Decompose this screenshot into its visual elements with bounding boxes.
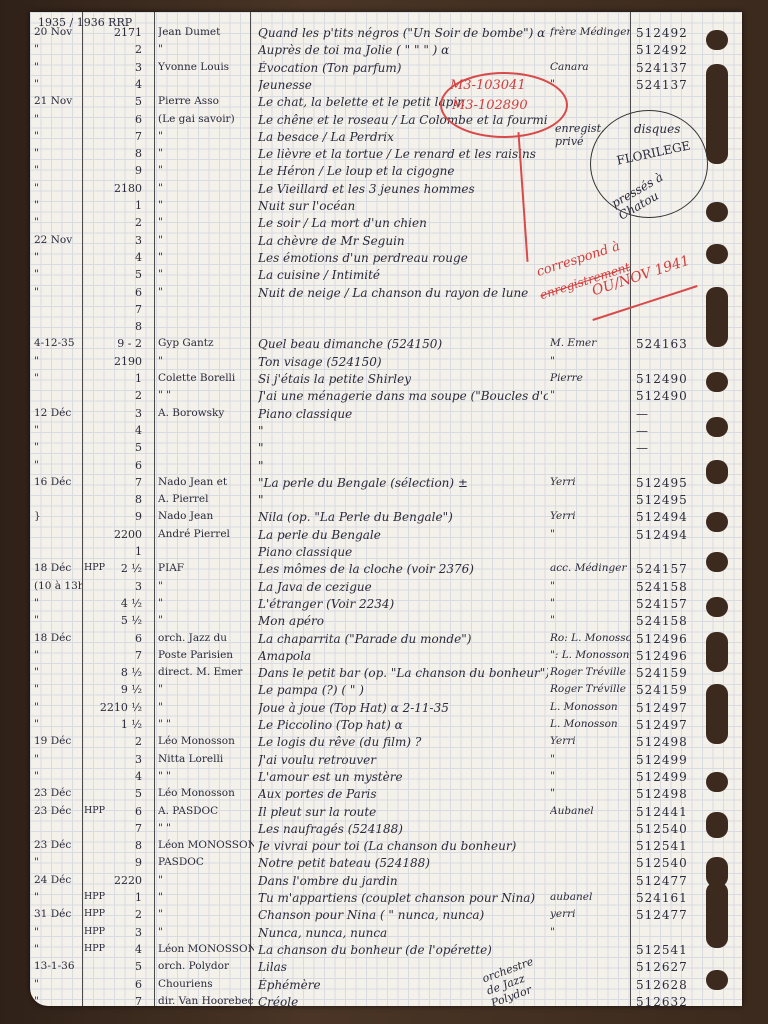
row-catalog-number: 512540 [636, 822, 702, 836]
row-note: " [550, 614, 630, 626]
ledger-row: "2"Auprès de toi ma Jolie ( " " " ) α512… [30, 41, 742, 60]
row-catalog-number: 524158 [636, 580, 702, 594]
row-artist: Léon MONOSSON [158, 943, 254, 955]
row-note: " [550, 580, 630, 592]
row-date: " [34, 355, 82, 367]
row-artist: " [158, 874, 254, 886]
ledger-row: "HPP4Léon MONOSSONLa chanson du bonheur … [30, 941, 742, 960]
row-artist: " [158, 286, 254, 298]
row-matrix: 7 [86, 822, 142, 835]
row-date: " [34, 199, 82, 211]
row-note: L. Monosson [550, 701, 630, 713]
row-note: " [550, 787, 630, 799]
row-date: " [34, 182, 82, 194]
row-note: Aubanel [550, 805, 630, 817]
row-date: 19 Déc [34, 735, 82, 747]
row-date: 12 Déc [34, 407, 82, 419]
row-note: ": L. Monosson [550, 649, 630, 661]
ledger-row: "4"Les émotions d'un perdreau rouge [30, 249, 742, 268]
ledger-row: "7dir. Van HoorebeckeCréole512632 [30, 993, 742, 1012]
row-matrix: 3 [86, 926, 142, 939]
row-matrix: 2 [86, 908, 142, 921]
row-date: " [34, 459, 82, 471]
ledger-row: 31 DécHPP2"Chanson pour Nina ( " nunca, … [30, 906, 742, 925]
row-title: Aux portes de Paris [258, 787, 548, 801]
row-artist: A. Pierrel [158, 493, 254, 505]
row-matrix: 1 [86, 891, 142, 904]
row-title: Les mômes de la cloche (voir 2376) [258, 562, 548, 576]
row-date: " [34, 683, 82, 695]
row-date: " [34, 78, 82, 90]
ledger-row: 2200André PierrelLa perle du Bengale"512… [30, 526, 742, 545]
ledger-row: 8 [30, 318, 742, 337]
row-matrix: 2220 [86, 874, 142, 887]
row-artist: " [158, 891, 254, 903]
row-artist: " [158, 926, 254, 938]
row-catalog-number: 524137 [636, 61, 702, 75]
row-matrix: 8 ½ [86, 666, 142, 679]
row-catalog-number: 512494 [636, 528, 702, 542]
row-date: 18 Déc [34, 632, 82, 644]
row-date: " [34, 978, 82, 990]
row-title: L'étranger (Voir 2234) [258, 597, 548, 611]
row-note: aubanel [550, 891, 630, 903]
row-title: La cuisine / Intimité [258, 268, 548, 282]
row-catalog-number: 512497 [636, 718, 702, 732]
row-catalog-number: 512492 [636, 43, 702, 57]
row-catalog-number: 512498 [636, 735, 702, 749]
row-catalog-number: 512496 [636, 649, 702, 663]
row-title: " [258, 441, 548, 455]
ledger-row: "2190"Ton visage (524150)" [30, 353, 742, 372]
row-catalog-number: 524163 [636, 337, 702, 351]
ledger-row: 12 Déc3A. BorowskyPiano classique— [30, 405, 742, 424]
row-artist: " " [158, 770, 254, 782]
ledger-row: 7 [30, 301, 742, 320]
row-artist: " " [158, 389, 254, 401]
ledger-row: "2210 ½"Joue à joue (Top Hat) α 2-11-35L… [30, 699, 742, 718]
ledger-row: 16 Déc7Nado Jean et"La perle du Bengale … [30, 474, 742, 493]
row-title: Nila (op. "La Perle du Bengale") [258, 510, 548, 524]
row-date: 13-1-36 [34, 960, 82, 972]
row-title: L'amour est un mystère [258, 770, 548, 784]
row-matrix: 8 [86, 839, 142, 852]
row-title: Le lièvre et la tortue / Le renard et le… [258, 147, 548, 161]
ledger-row: 20 Nov2171Jean DumetQuand les p'tits nég… [30, 24, 742, 43]
row-catalog-number: — [636, 441, 702, 455]
row-matrix: 4 [86, 770, 142, 783]
row-title: Il pleut sur la route [258, 805, 548, 819]
ledger-row: "5"— [30, 439, 742, 458]
row-artist: Nitta Lorelli [158, 753, 254, 765]
row-matrix: 3 [86, 580, 142, 593]
row-note: M. Emer [550, 337, 630, 349]
row-catalog-number: 524157 [636, 597, 702, 611]
ledger-row: 23 DécHPP6A. PASDOCIl pleut sur la route… [30, 803, 742, 822]
row-title: Amapola [258, 649, 548, 663]
row-catalog-number: 524157 [636, 562, 702, 576]
row-note: " [550, 753, 630, 765]
row-artist: " [158, 164, 254, 176]
row-artist: " [158, 182, 254, 194]
row-date: " [34, 995, 82, 1007]
row-matrix: 1 [86, 545, 142, 558]
row-matrix: 6 [86, 805, 142, 818]
ledger-row: 2" "J'ai une ménagerie dans ma soupe ("B… [30, 387, 742, 406]
red-matrix-2: M3-102890 [452, 98, 528, 113]
ledger-row: 18 Déc6orch. Jazz duLa chaparrita ("Para… [30, 630, 742, 649]
row-matrix: 2190 [86, 355, 142, 368]
row-title: Nunca, nunca, nunca [258, 926, 548, 940]
row-matrix: 8 [86, 493, 142, 506]
row-title: Tu m'appartiens (couplet chanson pour Ni… [258, 891, 548, 905]
row-artist: " [158, 268, 254, 280]
row-title: Si j'étais la petite Shirley [258, 372, 548, 386]
ledger-row: "4" "L'amour est un mystère"512499 [30, 768, 742, 787]
row-date: " [34, 718, 82, 730]
row-date: 23 Déc [34, 839, 82, 851]
row-title: Les naufragés (524188) [258, 822, 548, 836]
row-note: " [550, 926, 630, 938]
row-matrix: 1 ½ [86, 718, 142, 731]
row-date: 24 Déc [34, 874, 82, 886]
ledger-row: "HPP1"Tu m'appartiens (couplet chanson p… [30, 889, 742, 908]
row-note: Pierre [550, 372, 630, 384]
row-matrix: 9 [86, 510, 142, 523]
row-matrix: 7 [86, 130, 142, 143]
row-matrix: 2180 [86, 182, 142, 195]
ledger-row: "9PASDOCNotre petit bateau (524188)51254… [30, 854, 742, 873]
row-catalog-number: 512494 [636, 510, 702, 524]
row-artist: Jean Dumet [158, 26, 254, 38]
row-title: " [258, 424, 548, 438]
row-date: " [34, 891, 82, 903]
row-matrix: 9 - 2 [86, 337, 142, 350]
ledger-row: "1Colette BorelliSi j'étais la petite Sh… [30, 370, 742, 389]
row-title: La Java de cezigue [258, 580, 548, 594]
row-title: Le pampa (?) ( " ) [258, 683, 548, 697]
row-catalog-number: 512495 [636, 476, 702, 490]
row-title: Dans l'ombre du jardin [258, 874, 548, 888]
row-catalog-number: 512495 [636, 493, 702, 507]
row-date: 16 Déc [34, 476, 82, 488]
row-artist: " [158, 701, 254, 713]
row-title: Les émotions d'un perdreau rouge [258, 251, 548, 265]
row-artist: " [158, 216, 254, 228]
row-matrix: 2171 [86, 26, 142, 39]
row-matrix: 2210 ½ [86, 701, 142, 714]
row-matrix: 5 ½ [86, 614, 142, 627]
row-catalog-number: 512540 [636, 856, 702, 870]
row-note: " [550, 528, 630, 540]
row-title: "La perle du Bengale (sélection) ± [258, 476, 548, 490]
row-title: Ton visage (524150) [258, 355, 548, 369]
row-note: " [550, 78, 630, 90]
row-title: Je vivrai pour toi (La chanson du bonheu… [258, 839, 548, 853]
ledger-row: 24 Déc2220"Dans l'ombre du jardin512477 [30, 872, 742, 891]
row-matrix: 5 [86, 960, 142, 973]
row-title: Le soir / La mort d'un chien [258, 216, 548, 230]
row-matrix: 6 [86, 286, 142, 299]
row-date: " [34, 614, 82, 626]
row-catalog-number: 512441 [636, 805, 702, 819]
row-date: 4-12-35 [34, 337, 82, 349]
row-note: " [550, 597, 630, 609]
row-catalog-number: 524158 [636, 614, 702, 628]
ledger-row: "9 ½"Le pampa (?) ( " )Roger Tréville524… [30, 681, 742, 700]
row-date: 31 Déc [34, 908, 82, 920]
row-date: " [34, 770, 82, 782]
row-artist: " [158, 614, 254, 626]
row-title: La chaparrita ("Parade du monde") [258, 632, 548, 646]
row-note: Yerri [550, 476, 630, 488]
row-title: Le logis du rêve (du film) ? [258, 735, 548, 749]
row-title: La perle du Bengale [258, 528, 548, 542]
row-note: Ro: L. Monosson [550, 632, 630, 644]
ledger-row: "4Jeunesse"524137 [30, 76, 742, 95]
row-note: Yerri [550, 735, 630, 747]
row-artist: (Le gai savoir) [158, 113, 254, 125]
row-artist: " [158, 43, 254, 55]
row-matrix: 5 [86, 441, 142, 454]
row-title: " [258, 459, 548, 473]
row-date: " [34, 61, 82, 73]
row-artist: PASDOC [158, 856, 254, 868]
row-artist: Léo Monosson [158, 735, 254, 747]
row-date: 20 Nov [34, 26, 82, 38]
row-artist: A. Borowsky [158, 407, 254, 419]
row-title: Le Vieillard et les 3 jeunes hommes [258, 182, 548, 196]
row-catalog-number: 512498 [636, 787, 702, 801]
row-note: L. Monosson [550, 718, 630, 730]
row-title: Piano classique [258, 545, 548, 559]
row-matrix: 6 [86, 632, 142, 645]
row-title: La chanson du bonheur (de l'opérette) [258, 943, 548, 957]
row-matrix: 1 [86, 199, 142, 212]
row-catalog-number: 512477 [636, 908, 702, 922]
row-artist: " " [158, 718, 254, 730]
row-note: " [550, 389, 630, 401]
row-title: Mon apéro [258, 614, 548, 628]
row-catalog-number: 512490 [636, 372, 702, 386]
row-matrix: 7 [86, 995, 142, 1008]
row-artist: Gyp Gantz [158, 337, 254, 349]
row-title: Notre petit bateau (524188) [258, 856, 548, 870]
row-title: Piano classique [258, 407, 548, 421]
row-matrix: 5 [86, 268, 142, 281]
row-artist: orch. Jazz du [158, 632, 254, 644]
row-artist: André Pierrel [158, 528, 254, 540]
ledger-row: "3Nitta LorelliJ'ai voulu retrouver"5124… [30, 751, 742, 770]
ledger-row: (10 à 13h)3"La Java de cezigue"524158 [30, 578, 742, 597]
ledger-page: 1935 / 1936 RRP 20 Nov2171Jean DumetQuan… [30, 12, 742, 1006]
row-artist: " " [158, 822, 254, 834]
row-date: " [34, 130, 82, 142]
row-date: " [34, 251, 82, 263]
row-date: " [34, 701, 82, 713]
ledger-row: "6" [30, 457, 742, 476]
row-date: " [34, 43, 82, 55]
row-artist: " [158, 130, 254, 142]
row-title: Quel beau dimanche (524150) [258, 337, 548, 351]
row-catalog-number: 512627 [636, 960, 702, 974]
row-title: Auprès de toi ma Jolie ( " " " ) α [258, 43, 548, 57]
ledger-row: "6ChouriensÉphémère512628 [30, 976, 742, 995]
row-catalog-number: 512499 [636, 753, 702, 767]
row-catalog-number: 512496 [636, 632, 702, 646]
row-catalog-number: 512499 [636, 770, 702, 784]
row-date: " [34, 943, 82, 955]
ledger-row: 8A. Pierrel"512495 [30, 491, 742, 510]
row-note: " [550, 355, 630, 367]
row-matrix: 2 [86, 389, 142, 402]
row-date: " [34, 424, 82, 436]
row-matrix: 3 [86, 234, 142, 247]
row-matrix: 9 [86, 856, 142, 869]
row-date: " [34, 666, 82, 678]
row-artist: Léo Monosson [158, 787, 254, 799]
row-catalog-number: 512492 [636, 26, 702, 40]
row-artist: orch. Polydor [158, 960, 254, 972]
ledger-row: 1Piano classique [30, 543, 742, 562]
ledger-row: "2"Le soir / La mort d'un chien [30, 214, 742, 233]
row-artist: " [158, 908, 254, 920]
row-note: " [550, 770, 630, 782]
row-title: Le Piccolino (Top hat) α [258, 718, 548, 732]
ledger-row: "1 ½" "Le Piccolino (Top hat) αL. Monoss… [30, 716, 742, 735]
row-artist: " [158, 683, 254, 695]
row-catalog-number: 524159 [636, 683, 702, 697]
circled-note-1: disques [634, 122, 680, 136]
row-matrix: 4 [86, 943, 142, 956]
row-catalog-number: — [636, 407, 702, 421]
row-matrix: 2 [86, 43, 142, 56]
row-matrix: 4 [86, 78, 142, 91]
row-date: } [34, 510, 82, 522]
row-matrix: 3 [86, 753, 142, 766]
row-title: Chanson pour Nina ( " nunca, nunca) [258, 908, 548, 922]
row-artist: Yvonne Louis [158, 61, 254, 73]
ledger-row: "8 ½direct. M. EmerDans le petit bar (op… [30, 664, 742, 683]
row-matrix: 2200 [86, 528, 142, 541]
row-artist: " [158, 199, 254, 211]
ledger-row: "6"Nuit de neige / La chanson du rayon d… [30, 284, 742, 303]
row-matrix: 5 [86, 787, 142, 800]
row-note: frère Médinger [550, 26, 630, 38]
ledger-row: 22 Nov3"La chèvre de Mr Seguin [30, 232, 742, 251]
row-catalog-number: 524159 [636, 666, 702, 680]
ledger-row: 18 DécHPP2 ½PIAFLes mômes de la cloche (… [30, 560, 742, 579]
row-catalog-number: 524137 [636, 78, 702, 92]
row-catalog-number: 512541 [636, 839, 702, 853]
row-title: Nuit de neige / La chanson du rayon de l… [258, 286, 548, 300]
row-note: Roger Tréville [550, 683, 630, 695]
row-artist: PIAF [158, 562, 254, 574]
row-date: " [34, 926, 82, 938]
row-artist: " [158, 234, 254, 246]
row-matrix: 6 [86, 113, 142, 126]
row-date: 23 Déc [34, 787, 82, 799]
ledger-row: 4-12-359 - 2Gyp GantzQuel beau dimanche … [30, 335, 742, 354]
row-matrix: 4 ½ [86, 597, 142, 610]
row-artist: Nado Jean [158, 510, 254, 522]
row-title: " [258, 493, 548, 507]
row-catalog-number: 524161 [636, 891, 702, 905]
row-catalog-number: 512541 [636, 943, 702, 957]
row-date: 21 Nov [34, 95, 82, 107]
row-catalog-number: — [636, 424, 702, 438]
row-note: acc. Médinger [550, 562, 630, 574]
row-date: " [34, 216, 82, 228]
row-date: 18 Déc [34, 562, 82, 574]
row-title: La chèvre de Mr Seguin [258, 234, 548, 248]
row-date: " [34, 268, 82, 280]
row-date: " [34, 113, 82, 125]
row-title: Joue à joue (Top Hat) α 2-11-35 [258, 701, 548, 715]
ledger-row: 19 Déc2Léo MonossonLe logis du rêve (du … [30, 733, 742, 752]
ledger-row: }9Nado JeanNila (op. "La Perle du Bengal… [30, 508, 742, 527]
row-title: J'ai une ménagerie dans ma soupe ("Boucl… [258, 389, 548, 403]
row-matrix: 4 [86, 424, 142, 437]
row-artist: Léon MONOSSON [158, 839, 254, 851]
row-matrix: 7 [86, 476, 142, 489]
ledger-row: "HPP3"Nunca, nunca, nunca" [30, 924, 742, 943]
row-note: Yerri [550, 510, 630, 522]
row-note: yerri [550, 908, 630, 920]
row-artist: A. PASDOC [158, 805, 254, 817]
row-matrix: 2 [86, 216, 142, 229]
row-date: " [34, 597, 82, 609]
row-date: " [34, 372, 82, 384]
side-note: enregist. privé [555, 122, 595, 148]
row-matrix: 9 ½ [86, 683, 142, 696]
row-matrix: 4 [86, 251, 142, 264]
row-artist: " [158, 597, 254, 609]
row-date: " [34, 753, 82, 765]
ledger-row: 21 Nov5Pierre AssoLe chat, la belette et… [30, 93, 742, 112]
row-note: Roger Tréville et Laure Hayward [550, 666, 630, 678]
row-title: Le Héron / Le loup et la cigogne [258, 164, 548, 178]
ledger-row: "4 ½"L'étranger (Voir 2234)"524157 [30, 595, 742, 614]
row-matrix: 8 [86, 320, 142, 333]
ledger-row: 23 Déc5Léo MonossonAux portes de Paris"5… [30, 785, 742, 804]
row-date: " [34, 856, 82, 868]
row-title: Quand les p'tits négros ("Un Soir de bom… [258, 26, 548, 40]
ledger-row: 13-1-365orch. PolydorLilas512627 [30, 958, 742, 977]
row-matrix: 5 [86, 95, 142, 108]
ledger-row: "7Poste ParisienAmapola": L. Monosson512… [30, 647, 742, 666]
row-date: " [34, 649, 82, 661]
row-date: " [34, 441, 82, 453]
row-date: (10 à 13h) [34, 580, 82, 592]
row-artist: " [158, 251, 254, 263]
ledger-row: 7" "Les naufragés (524188)512540 [30, 820, 742, 839]
row-matrix: 1 [86, 372, 142, 385]
row-artist: Pierre Asso [158, 95, 254, 107]
row-date: " [34, 164, 82, 176]
row-catalog-number: 512632 [636, 995, 702, 1009]
row-artist: direct. M. Emer [158, 666, 254, 678]
row-artist: " [158, 147, 254, 159]
row-matrix: 3 [86, 407, 142, 420]
row-date: " [34, 147, 82, 159]
row-catalog-number: 512490 [636, 389, 702, 403]
row-artist: " [158, 580, 254, 592]
row-date: " [34, 286, 82, 298]
red-matrix-1: M3-103041 [450, 78, 526, 93]
row-matrix: 3 [86, 61, 142, 74]
ledger-row: "3Yvonne LouisÉvocation (Ton parfum)Cana… [30, 59, 742, 78]
